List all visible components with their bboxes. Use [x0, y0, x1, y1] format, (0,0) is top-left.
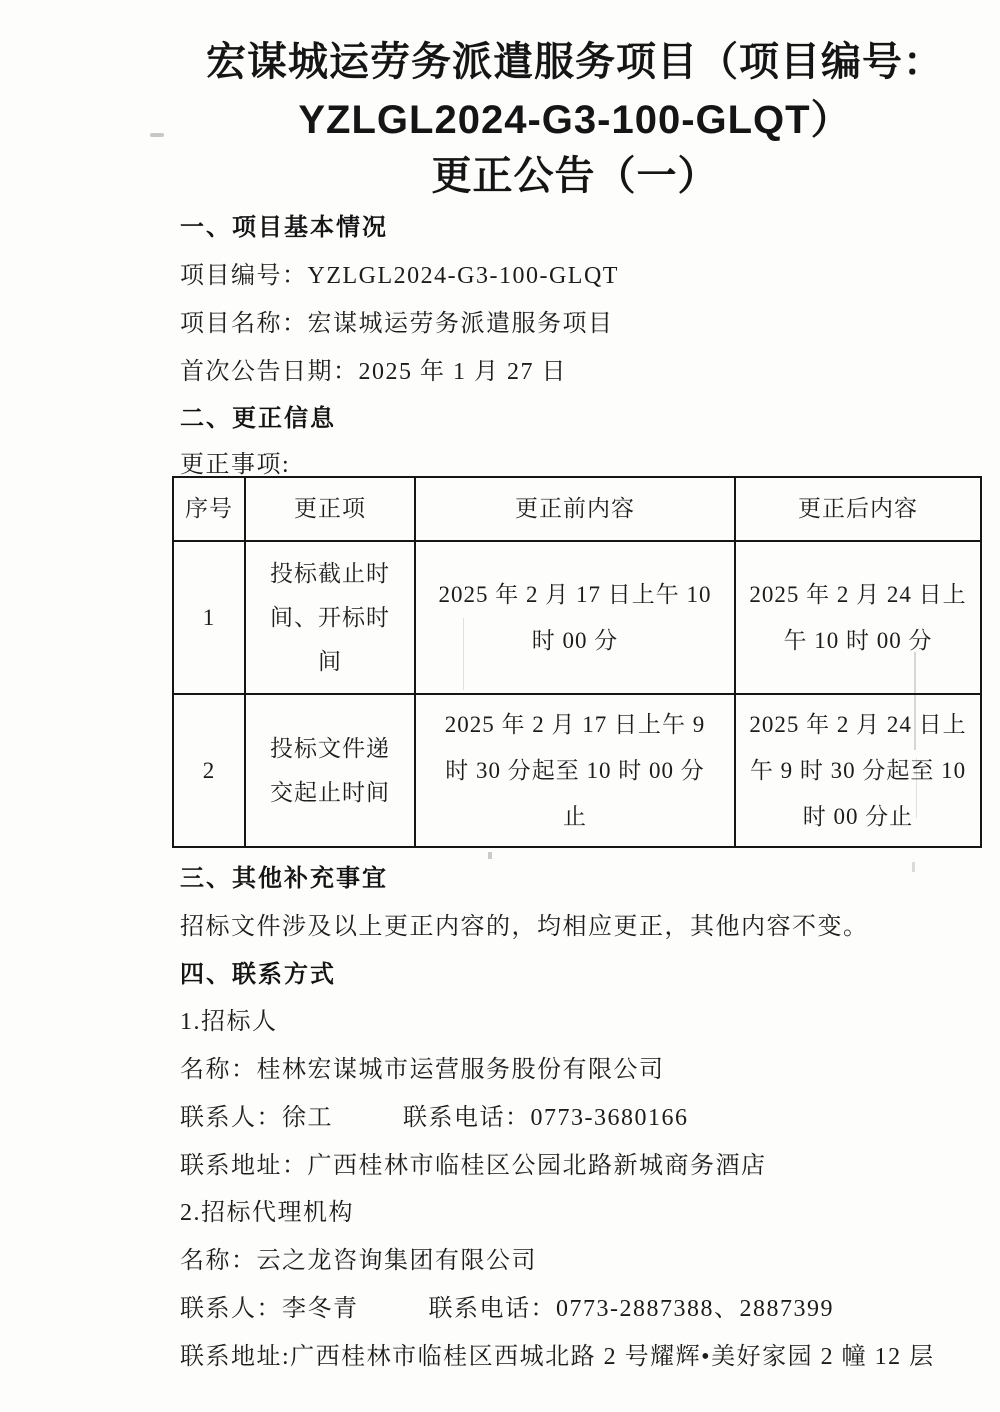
row1-after-cell: 2025 年 2 月 24 日上 午 10 时 00 分: [735, 541, 981, 694]
section4-heading: 四、联系方式: [180, 954, 336, 989]
row2-before-line: 止: [422, 794, 728, 840]
row1-before-cell: 2025 年 2 月 17 日上午 10 时 00 分: [415, 541, 735, 694]
tenderer-contact-person: 联系人：徐工: [180, 1105, 333, 1131]
agency-label: 2.招标代理机构: [180, 1192, 354, 1227]
first-notice-date-line: 首次公告日期：2025 年 1 月 27 日: [180, 351, 567, 386]
row2-item-cell: 投标文件递 交起止时间: [245, 694, 415, 847]
project-number-line: 项目编号：YZLGL2024-G3-100-GLQT: [180, 255, 619, 290]
agency-address-line: 联系地址:广西桂林市临桂区西城北路 2 号耀辉•美好家园 2 幢 12 层: [180, 1336, 935, 1371]
agency-phone: 联系电话：0773-2887388、2887399: [429, 1296, 835, 1322]
project-name-line: 项目名称：宏谋城运劳务派遣服务项目: [180, 303, 614, 338]
document-title-line-3: 更正公告（一）: [150, 144, 1000, 201]
row2-item-line: 投标文件递: [252, 727, 408, 771]
row2-before-line: 时 30 分起至 10 时 00 分: [422, 748, 728, 794]
scanned-document-page: 宏谋城运劳务派遣服务项目（项目编号： YZLGL2024-G3-100-GLQT…: [0, 0, 1000, 1412]
row2-after-line: 时 00 分止: [742, 794, 974, 840]
row2-before-cell: 2025 年 2 月 17 日上午 9 时 30 分起至 10 时 00 分 止: [415, 694, 735, 847]
row1-before-line: 2025 年 2 月 17 日上午 10: [422, 572, 728, 618]
tenderer-phone: 联系电话：0773-3680166: [403, 1105, 689, 1131]
document-title-line-2: YZLGL2024-G3-100-GLQT）: [150, 88, 1000, 145]
scan-artifact-speck: [912, 862, 915, 872]
correction-items-label: 更正事项:: [180, 444, 290, 479]
row1-item-line: 间: [252, 640, 408, 684]
tenderer-contact-line: 联系人：徐工联系电话：0773-3680166: [180, 1097, 689, 1132]
row2-before-line: 2025 年 2 月 17 日上午 9: [422, 702, 728, 748]
row1-after-line: 午 10 时 00 分: [742, 618, 974, 664]
row2-after-cell: 2025 年 2 月 24 日上 午 9 时 30 分起至 10 时 00 分止: [735, 694, 981, 847]
tenderer-label: 1.招标人: [180, 1001, 278, 1036]
section2-heading: 二、更正信息: [180, 398, 336, 433]
row1-item-line: 间、开标时: [252, 596, 408, 640]
section1-heading: 一、项目基本情况: [180, 207, 388, 242]
col-header-before: 更正前内容: [415, 477, 735, 541]
row1-item-line: 投标截止时: [252, 552, 408, 596]
col-header-seq: 序号: [173, 477, 245, 541]
row1-seq-cell: 1: [173, 541, 245, 694]
table-row: 2 投标文件递 交起止时间 2025 年 2 月 17 日上午 9 时 30 分…: [173, 694, 981, 847]
row2-item-line: 交起止时间: [252, 771, 408, 815]
section3-heading: 三、其他补充事宜: [180, 858, 388, 893]
row1-item-cell: 投标截止时 间、开标时 间: [245, 541, 415, 694]
table-row: 1 投标截止时 间、开标时 间 2025 年 2 月 17 日上午 10 时 0…: [173, 541, 981, 694]
row2-seq-cell: 2: [173, 694, 245, 847]
col-header-after: 更正后内容: [735, 477, 981, 541]
col-header-item: 更正项: [245, 477, 415, 541]
row2-after-line: 2025 年 2 月 24 日上: [742, 702, 974, 748]
section3-body-line: 招标文件涉及以上更正内容的，均相应更正，其他内容不变。: [180, 906, 869, 941]
agency-contact-line: 联系人：李冬青联系电话：0773-2887388、2887399: [180, 1288, 834, 1323]
agency-contact-person: 联系人：李冬青: [180, 1296, 359, 1322]
row1-after-line: 2025 年 2 月 24 日上: [742, 572, 974, 618]
row1-before-line: 时 00 分: [422, 618, 728, 664]
agency-name-line: 名称：云之龙咨询集团有限公司: [180, 1240, 537, 1275]
tenderer-name-line: 名称：桂林宏谋城市运营服务股份有限公司: [180, 1049, 665, 1084]
table-header-row: 序号 更正项 更正前内容 更正后内容: [173, 477, 981, 541]
row2-after-line: 午 9 时 30 分起至 10: [742, 748, 974, 794]
scan-artifact-speck: [488, 852, 492, 859]
tenderer-address-line: 联系地址：广西桂林市临桂区公园北路新城商务酒店: [180, 1145, 767, 1180]
document-title-line-1: 宏谋城运劳务派遣服务项目（项目编号：: [150, 30, 1000, 87]
correction-table: 序号 更正项 更正前内容 更正后内容 1 投标截止时 间、开标时 间 2025 …: [172, 476, 982, 848]
